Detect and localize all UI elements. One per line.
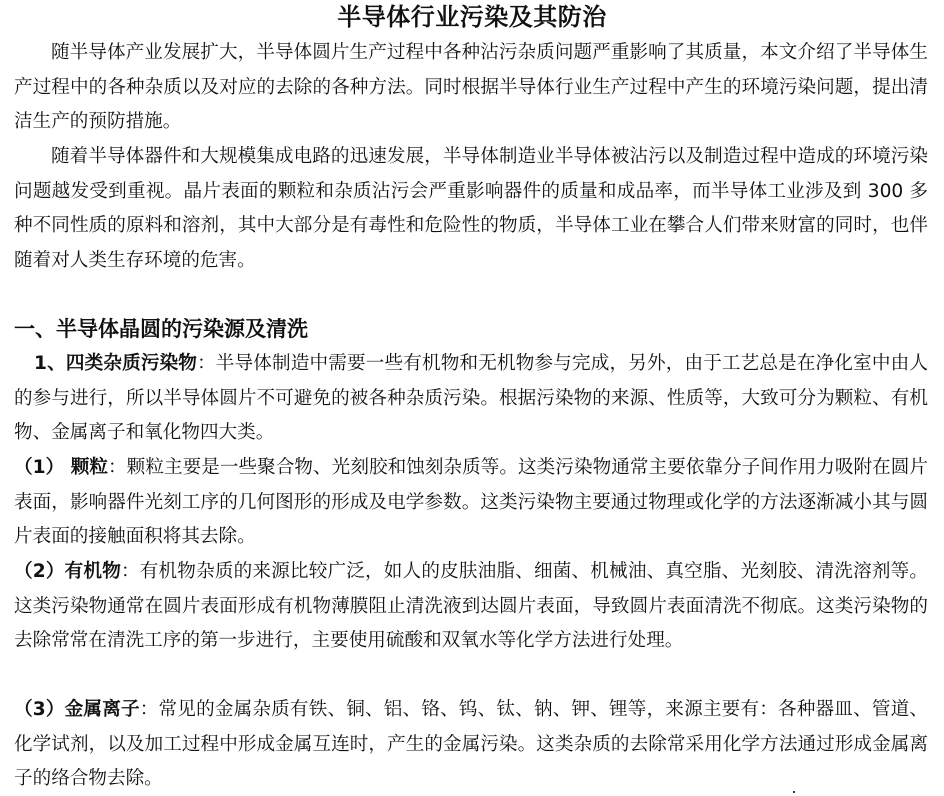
item-paragraph-organics: （2）有机物：有机物杂质的来源比较广泛，如人的皮肤油脂、细菌、机械油、真空脂、光… <box>14 555 928 659</box>
item-text-organics: ：有机物杂质的来源比较广泛，如人的皮肤油脂、细菌、机械油、真空脂、光刻胶、清洗溶… <box>14 561 928 651</box>
intro-paragraph-2: 随着半导体器件和大规模集成电路的迅速发展，半导体制造业半导体被沾污以及制造过程中… <box>14 140 928 278</box>
item-label-organics: （2）有机物 <box>14 561 121 582</box>
item-label-particles: （1） 颗粒 <box>14 457 108 478</box>
intro-paragraph-1: 随半导体产业发展扩大，半导体圆片生产过程中各种沾污杂质问题严重影响了其质量，本文… <box>14 36 928 140</box>
section-heading: 一、半导体晶圆的污染源及清洗 <box>14 314 308 344</box>
item-text-particles: ：颗粒主要是一些聚合物、光刻胶和蚀刻杂质等。这类污染物通常主要依靠分子间作用力吸… <box>14 457 928 547</box>
subsection-paragraph-1: 1、四类杂质污染物：半导体制造中需要一些有机物和无机物参与完成，另外，由于工艺总… <box>14 347 928 451</box>
item-paragraph-metal-ions: （3）金属离子：常见的金属杂质有铁、铜、铝、铬、钨、钛、钠、钾、锂等，来源主要有… <box>14 693 928 796</box>
document-title: 半导体行业污染及其防治 <box>0 2 944 32</box>
subsection-label: 1、四类杂质污染物 <box>34 353 197 374</box>
item-label-metal-ions: （3）金属离子 <box>14 699 140 720</box>
item-text-metal-ions: ：常见的金属杂质有铁、铜、铝、铬、钨、钛、钠、钾、锂等，来源主要有：各种器皿、管… <box>14 699 928 789</box>
stray-mark <box>793 791 795 793</box>
item-paragraph-particles: （1） 颗粒：颗粒主要是一些聚合物、光刻胶和蚀刻杂质等。这类污染物通常主要依靠分… <box>14 451 928 555</box>
document-page: 半导体行业污染及其防治 随半导体产业发展扩大，半导体圆片生产过程中各种沾污杂质问… <box>0 0 944 796</box>
